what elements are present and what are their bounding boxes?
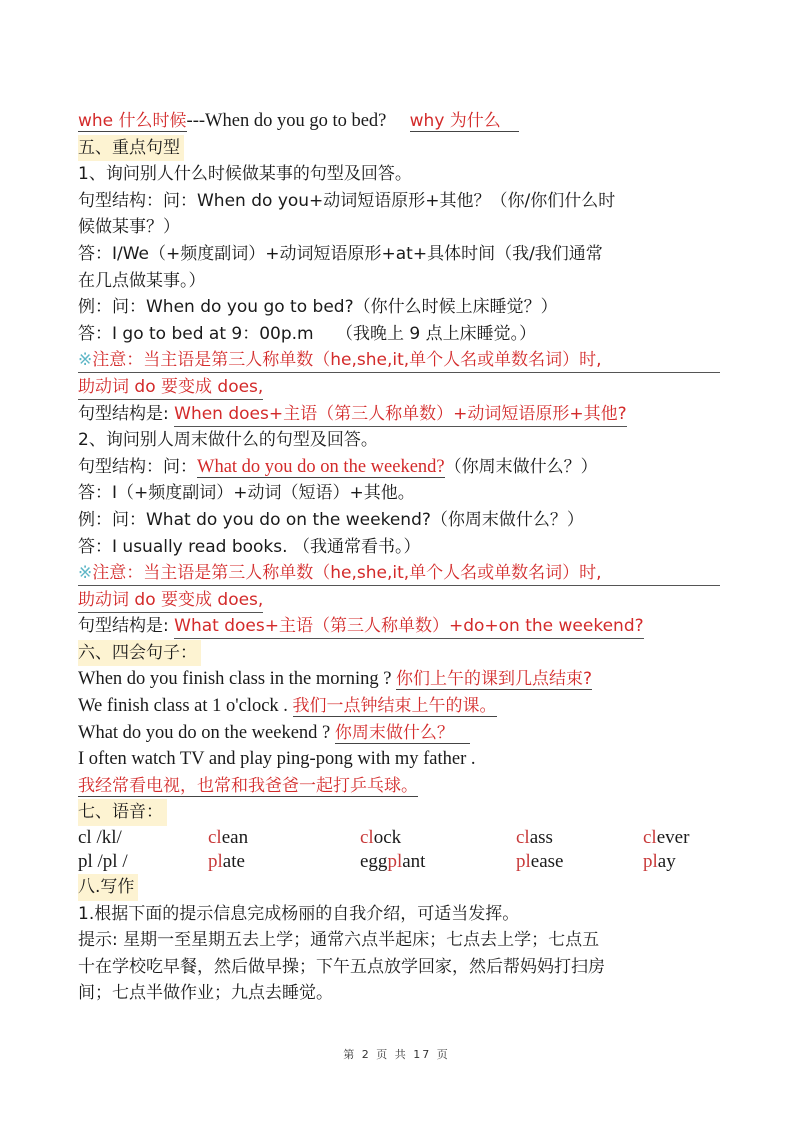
phonics-word: clean: [208, 826, 248, 850]
item1-third-person-structure: When does+主语（第三人称单数）+动词短语原形+其他?: [174, 402, 626, 427]
phonics-sound: cl /kl/: [78, 826, 122, 850]
item2-structure-red: What do you do on the weekend?: [197, 457, 445, 478]
item2-note-text-2: 助动词 do 要变成 does,: [78, 588, 263, 613]
item2-third-person: 句型结构是: What does+主语（第三人称单数）+do+on the we…: [78, 613, 728, 640]
item2-note-text-1: 注意：当主语是第三人称单数（he,she,it,单个人名或单数名词）时,: [92, 563, 601, 583]
top-line: whe 什么时候---When do you go to bed? why 为什…: [78, 108, 728, 135]
section5-heading: 五、重点句型: [78, 135, 184, 162]
item1-example-a: 答：I go to bed at 9：00p.m （我晚上 9 点上床睡觉。）: [78, 321, 728, 348]
sentence-row: I often watch TV and play ping-pong with…: [78, 746, 728, 773]
page-number: 第 2 页 共 17 页: [0, 1046, 793, 1062]
writing-hint-3: 间；七点半做作业；九点去睡觉。: [78, 980, 728, 1007]
sentence-en: When do you finish class in the morning …: [78, 669, 391, 689]
phonics-word: clock: [360, 826, 401, 850]
why-label: why 为什么: [410, 111, 519, 132]
item1-note-text-2: 助动词 do 要变成 does,: [78, 375, 263, 400]
item2-example-a: 答：I usually read books. （我通常看书。）: [78, 534, 728, 561]
section5-heading-line: 五、重点句型: [78, 135, 728, 162]
section8-heading-line: 八.写作: [78, 874, 728, 901]
phonics-word: please: [516, 850, 563, 874]
phonics-word: class: [516, 826, 553, 850]
item1-title: 1、询问别人什么时候做某事的句型及回答。: [78, 161, 728, 188]
item2-structure-prefix: 句型结构：问：: [78, 457, 197, 477]
note-symbol-icon: ※: [78, 563, 92, 583]
item1-answer-2: 在几点做某事。）: [78, 268, 728, 295]
writing-task: 1.根据下面的提示信息完成杨丽的自我介绍，可适当发挥。: [78, 901, 728, 928]
item1-note-1: ※注意：当主语是第三人称单数（he,she,it,单个人名或单数名词）时,: [78, 347, 728, 374]
document-page: whe 什么时候---When do you go to bed? why 为什…: [78, 108, 728, 1007]
item1-third-person-label: 句型结构是:: [78, 404, 169, 424]
item1-example-q: 例：问：When do you go to bed?（你什么时候上床睡觉？）: [78, 294, 728, 321]
section7-heading: 七、语音：: [78, 799, 167, 826]
writing-hint-2: 十在学校吃早餐，然后做早操；下午五点放学回家，然后帮妈妈打扫房: [78, 954, 728, 981]
phonics-row-cl: cl /kl/ clean clock class clever: [78, 826, 728, 850]
phonics-sound: pl /pl /: [78, 850, 128, 874]
sentence-zh: 我们一点钟结束上午的课。: [293, 696, 497, 717]
sentence-row: When do you finish class in the morning …: [78, 666, 728, 693]
item2-structure-q: 句型结构：问：What do you do on the weekend?（你周…: [78, 454, 728, 481]
item1-answer-1: 答：I/We（+频度副词）+动词短语原形+at+具体时间（我/我们通常: [78, 241, 728, 268]
phonics-word: play: [643, 850, 676, 874]
sentence-row: 我经常看电视，也常和我爸爸一起打乒乓球。: [78, 773, 728, 800]
phonics-word: plate: [208, 850, 245, 874]
sentence-zh: 我经常看电视，也常和我爸爸一起打乒乓球。: [78, 776, 418, 797]
when-example: ---When do you go to bed?: [187, 111, 387, 131]
item2-third-person-structure: What does+主语（第三人称单数）+do+on the weekend?: [174, 614, 644, 639]
section8-heading: 八.写作: [78, 874, 138, 901]
sentence-en: What do you do on the weekend ?: [78, 723, 330, 743]
phonics-word: eggplant: [360, 850, 425, 874]
section6-heading: 六、四会句子：: [78, 640, 201, 667]
sentence-en: I often watch TV and play ping-pong with…: [78, 749, 476, 769]
item1-third-person: 句型结构是: When does+主语（第三人称单数）+动词短语原形+其他?: [78, 401, 728, 428]
writing-hint-1: 提示: 星期一至星期五去上学；通常六点半起床；七点去上学；七点五: [78, 927, 728, 954]
phonics-row-pl: pl /pl / plate eggplant please play: [78, 850, 728, 874]
item2-answer: 答：I（+频度副词）+动词（短语）+其他。: [78, 480, 728, 507]
item2-structure-suffix: （你周末做什么？）: [445, 457, 598, 477]
note-symbol-icon: ※: [78, 350, 92, 370]
sentence-zh: 你们上午的课到几点结束?: [396, 669, 592, 690]
item1-note-text-1: 注意：当主语是第三人称单数（he,she,it,单个人名或单数名词）时,: [92, 350, 601, 370]
when-label: whe 什么时候: [78, 111, 187, 132]
item2-note-2: 助动词 do 要变成 does,: [78, 587, 728, 614]
item1-note-2: 助动词 do 要变成 does,: [78, 374, 728, 401]
item2-third-person-label: 句型结构是:: [78, 616, 169, 636]
sentence-zh: 你周末做什么？: [335, 723, 470, 744]
item2-note-1: ※注意：当主语是第三人称单数（he,she,it,单个人名或单数名词）时,: [78, 560, 728, 587]
item1-structure-q-1: 句型结构：问：When do you+动词短语原形+其他？（你/你们什么时: [78, 188, 728, 215]
phonics-word: clever: [643, 826, 689, 850]
item2-title: 2、询问别人周末做什么的句型及回答。: [78, 427, 728, 454]
section7-heading-line: 七、语音：: [78, 799, 728, 826]
sentence-en: We finish class at 1 o'clock .: [78, 696, 288, 716]
sentence-row: We finish class at 1 o'clock . 我们一点钟结束上午…: [78, 693, 728, 720]
sentence-row: What do you do on the weekend ? 你周末做什么？: [78, 720, 728, 747]
item2-example-q: 例：问：What do you do on the weekend?（你周末做什…: [78, 507, 728, 534]
item1-structure-q-2: 候做某事？）: [78, 214, 728, 241]
section6-heading-line: 六、四会句子：: [78, 640, 728, 667]
